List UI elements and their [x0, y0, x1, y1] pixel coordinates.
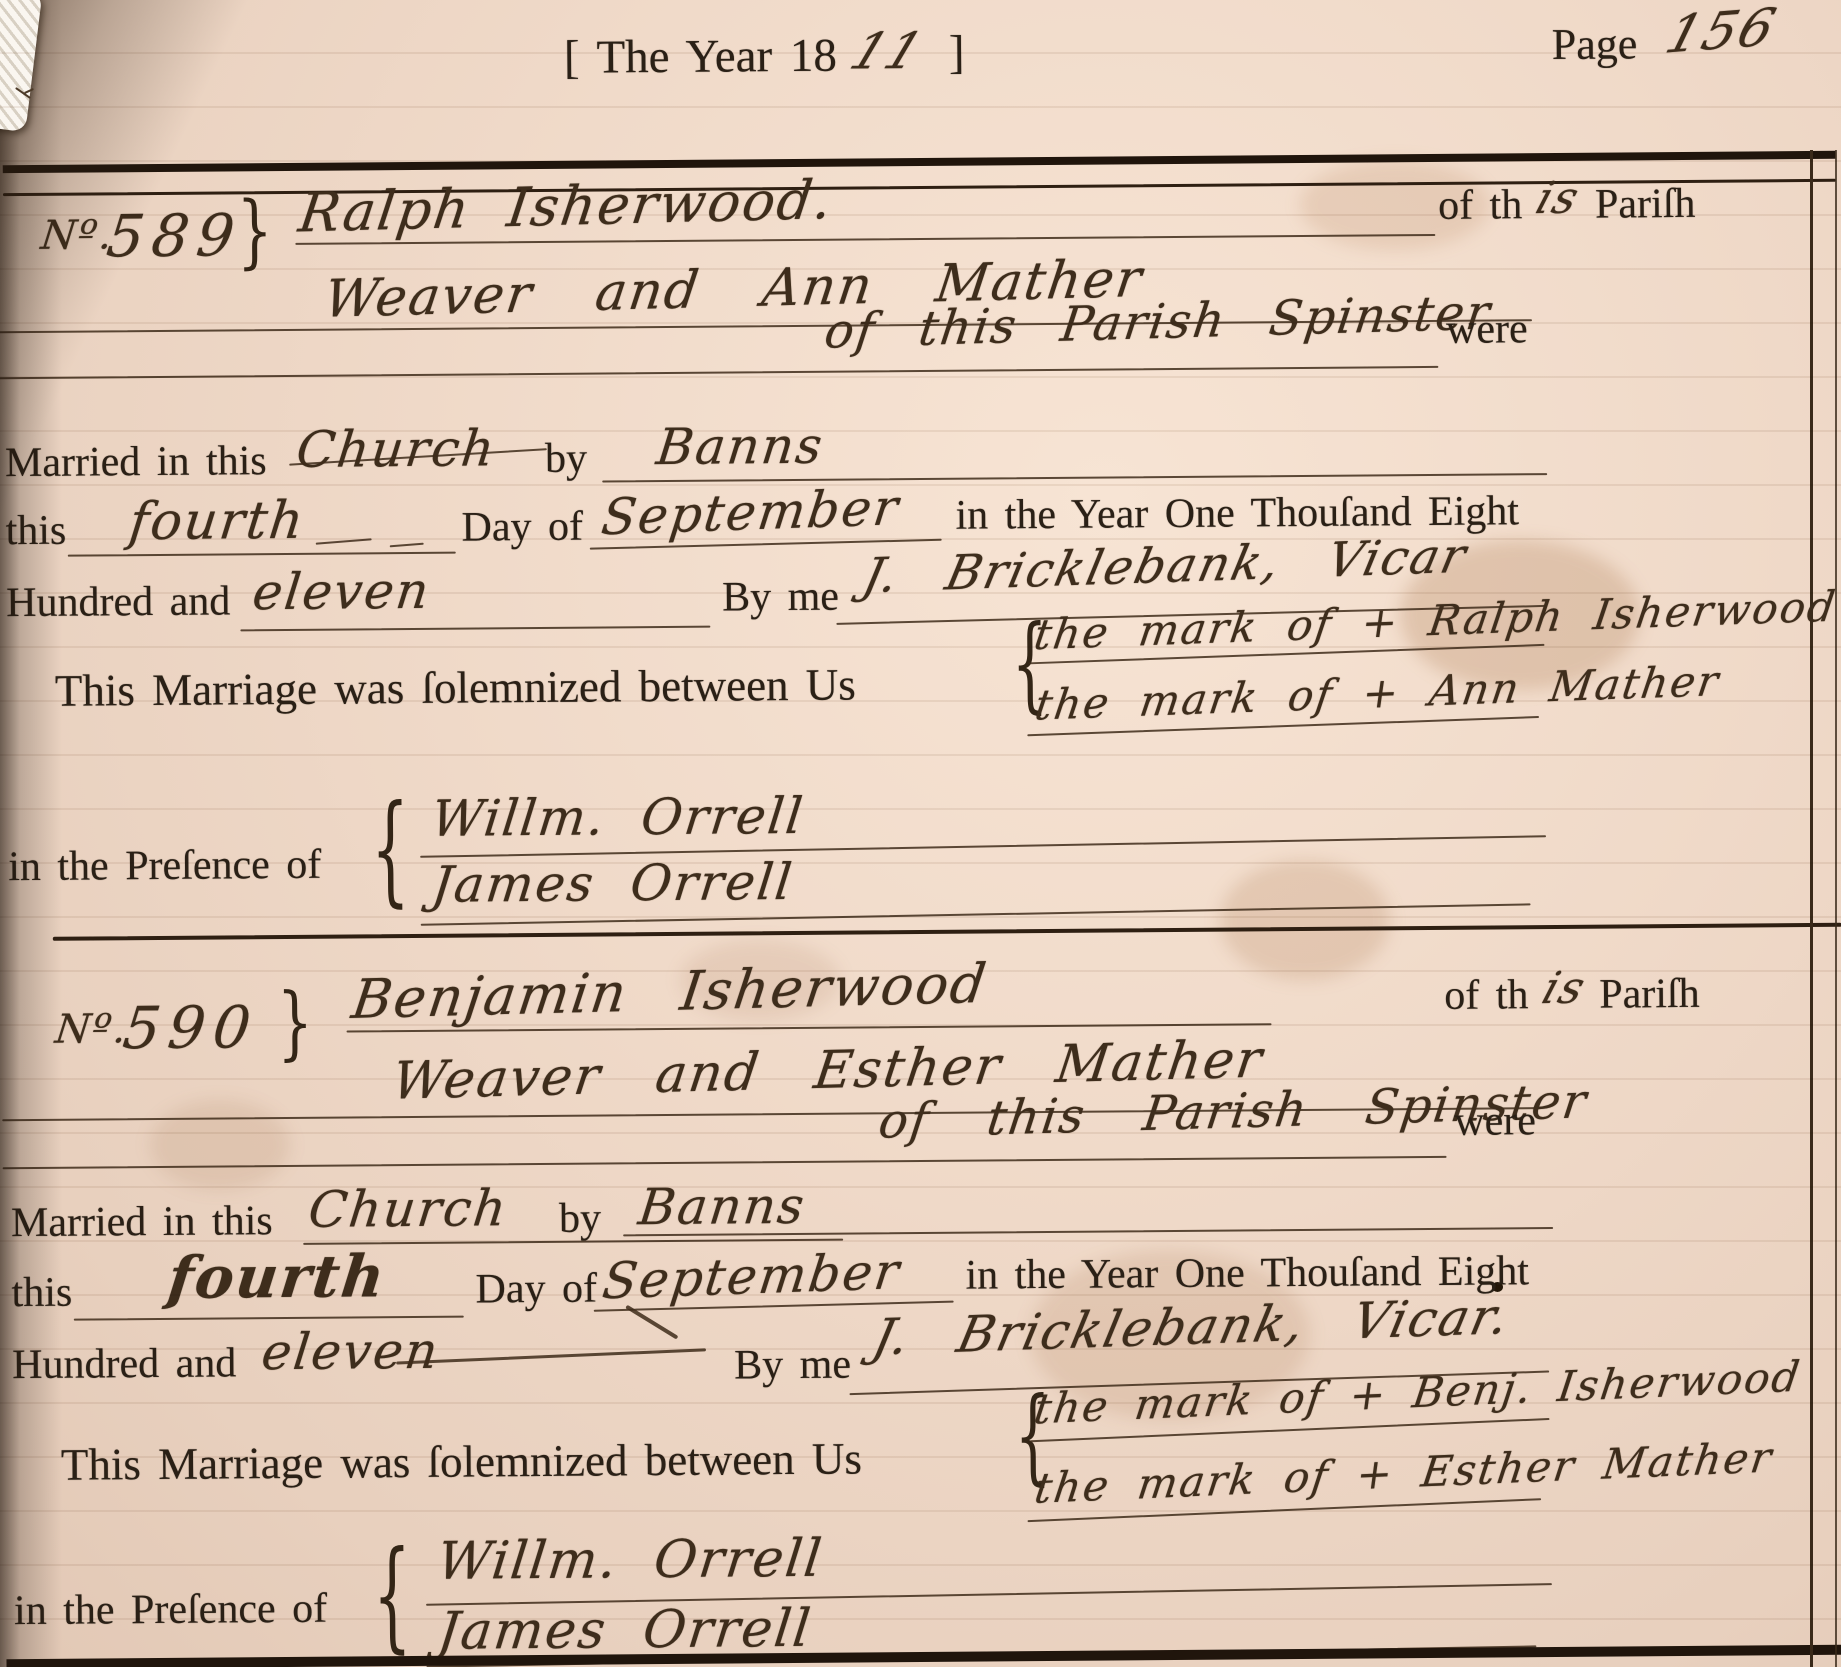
- printed-by-me: By me: [722, 573, 839, 622]
- header-year-close: ]: [949, 26, 965, 80]
- printed-day-of: Day of: [461, 503, 583, 552]
- witness-brace: {: [373, 1536, 412, 1656]
- witness2-signature: James Orrell: [429, 853, 796, 914]
- day-word: fourth: [165, 1242, 390, 1312]
- groom-name: Benjamin Isherwood: [348, 952, 991, 1031]
- groom-name: Ralph Isherwood.: [295, 168, 837, 245]
- method-word: Banns: [654, 417, 827, 476]
- right-margin-rule: [1810, 150, 1813, 1667]
- printed-day-of: Day of: [475, 1265, 597, 1314]
- blank-line: [74, 1316, 464, 1321]
- top-rule: [3, 151, 1836, 173]
- pen-dashes: [390, 543, 424, 548]
- church-word: Church: [294, 419, 499, 479]
- pen-flourish: [396, 1348, 706, 1364]
- blank-line: [68, 552, 456, 557]
- month-word: September: [598, 478, 903, 546]
- page-number: 156: [1659, 0, 1784, 66]
- witness1-signature: Willm. Orrell: [429, 787, 808, 848]
- groom-mark: the mark of + Benj. Isherwood: [1031, 1352, 1804, 1434]
- printed-hundred-and: Hundred and: [12, 1339, 236, 1389]
- header-year-handwritten: 11: [842, 22, 933, 81]
- pen-dashes: [316, 538, 372, 544]
- entry-brace: }: [237, 191, 273, 271]
- printed-this: this: [5, 507, 66, 555]
- printed-this: this: [11, 1269, 72, 1317]
- entry-number: 589: [103, 201, 246, 270]
- printed-married-in-this: Married in this: [11, 1197, 273, 1247]
- page-label: Page: [1552, 18, 1638, 70]
- witness-brace: {: [371, 790, 410, 910]
- printed-by: by: [559, 1195, 601, 1243]
- printed-were: were: [1446, 305, 1528, 354]
- blank-line: [0, 366, 1438, 379]
- printed-parish: Pariſh: [1599, 970, 1700, 1019]
- printed-by-me: By me: [734, 1341, 851, 1390]
- printed-hundred-and: Hundred and: [6, 577, 230, 627]
- method-word: Banns: [636, 1177, 809, 1236]
- header-year-open: [ The Year 18: [564, 29, 837, 85]
- bottom-rule: [6, 1645, 1841, 1667]
- printed-presence: in the Preſence of: [14, 1585, 327, 1635]
- entry-number: 590: [120, 993, 263, 1062]
- printed-parish: Pariſh: [1595, 180, 1696, 229]
- printed-were: were: [1454, 1097, 1536, 1146]
- blank-line: [3, 1156, 1447, 1169]
- right-margin-rule-outer: [1835, 150, 1837, 1667]
- church-word: Church: [306, 1179, 511, 1239]
- bride-mark: the mark of + Esther Mather: [1032, 1433, 1776, 1513]
- entry-divider: [53, 923, 1841, 941]
- entry-brace: }: [277, 983, 313, 1063]
- register-page: [ The Year 18 11 ] Page 156 Nº. 589 } Ra…: [0, 0, 1841, 1667]
- printed-married-in-this: Married in this: [5, 437, 267, 487]
- printed-by: by: [545, 435, 587, 483]
- handwritten-is: is: [1536, 963, 1593, 1014]
- witness1-signature: Willm. Orrell: [434, 1529, 826, 1592]
- printed-solemnized: This Marriage was ſolemnized between Us: [61, 1432, 862, 1490]
- year-word: eleven: [259, 1322, 443, 1381]
- entry-number-label: Nº.: [53, 1006, 131, 1053]
- bride-mark: the mark of + Ann Mather: [1032, 656, 1723, 729]
- blank-line: [240, 626, 710, 632]
- year-word: eleven: [250, 562, 434, 621]
- printed-of-th: of th: [1444, 971, 1529, 1020]
- day-word: fourth: [126, 491, 308, 552]
- printed-of-th: of th: [1438, 181, 1523, 230]
- printed-solemnized: This Marriage was ſolemnized between Us: [55, 659, 856, 717]
- officiant-signature: J. Bricklebank, Vicar: [858, 528, 1472, 604]
- month-word: September: [599, 1242, 904, 1310]
- printed-presence: in the Preſence of: [8, 841, 321, 891]
